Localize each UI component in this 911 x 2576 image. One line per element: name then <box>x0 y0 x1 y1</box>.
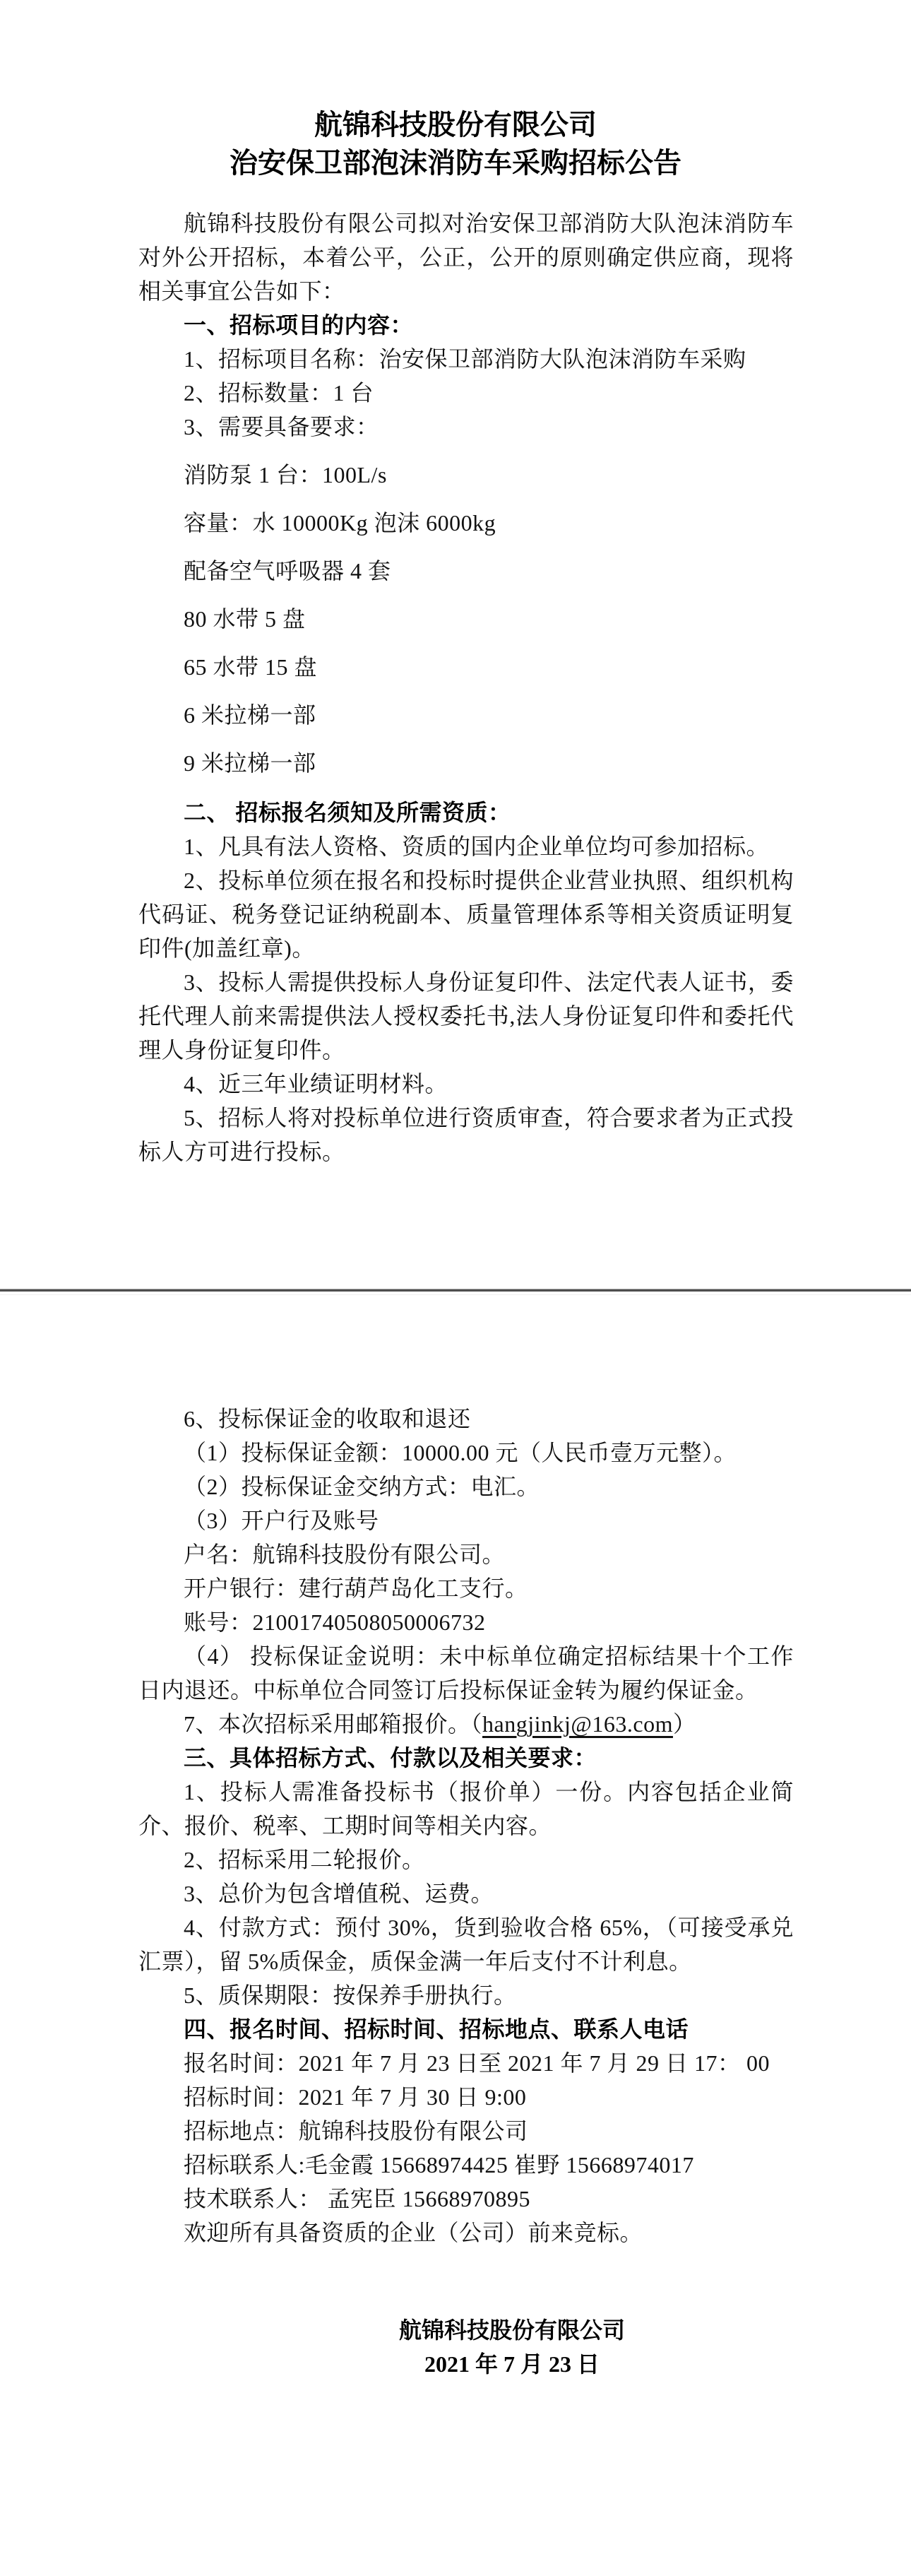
closing-line: 欢迎所有具备资质的企业（公司）前来竞标。 <box>138 2216 794 2250</box>
account-bank: 开户银行：建行葫芦岛化工支行。 <box>138 1571 794 1605</box>
section3-item-4: 4、付款方式：预付 30%，货到验收合格 65%，（可接受承兑汇票），留 5%质… <box>138 1910 794 1978</box>
section1-item-3: 3、需要具备要求： <box>138 410 794 444</box>
page2-content: 6、投标保证金的收取和退还 （1）投标保证金额：10000.00 元（人民币壹万… <box>0 1402 911 2381</box>
signature-block: 航锦科技股份有限公司 2021 年 7 月 23 日 <box>138 2313 794 2381</box>
page1-content: 航锦科技股份有限公司拟对治安保卫部消防大队泡沫消防车对外公开招标，本着公平，公正… <box>0 206 911 1169</box>
deposit-payment-method: （2）投标保证金交纳方式：电汇。 <box>138 1470 794 1503</box>
section2-heading: 二、 招标报名须知及所需资质： <box>138 796 794 829</box>
section2-item-3: 3、投标人需提供投标人身份证复印件、法定代表人证书，委托代理人前来需提供法人授权… <box>138 965 794 1067</box>
spec-breathing-apparatus: 配备空气呼吸器 4 套 <box>138 554 794 588</box>
spec-hose-65: 65 水带 15 盘 <box>138 650 794 684</box>
page-1: 航锦科技股份有限公司 治安保卫部泡沫消防车采购招标公告 航锦科技股份有限公司拟对… <box>0 0 911 1289</box>
deposit-bank-account-heading: （3）开户行及账号 <box>138 1503 794 1537</box>
bidding-location: 招标地点：航锦科技股份有限公司 <box>138 2114 794 2148</box>
account-number: 账号：21001740508050006732 <box>138 1605 794 1639</box>
technical-contact: 技术联系人： 孟宪臣 15668970895 <box>138 2182 794 2216</box>
section3-item-3: 3、总价为包含增值税、运费。 <box>138 1877 794 1910</box>
section3-item-2: 2、招标采用二轮报价。 <box>138 1843 794 1877</box>
registration-time: 报名时间：2021 年 7 月 23 日至 2021 年 7 月 29 日 17… <box>138 2046 794 2080</box>
email-line-suffix: ） <box>673 1711 696 1737</box>
deposit-heading: 6、投标保证金的收取和退还 <box>138 1402 794 1436</box>
email-line-prefix: 7、本次招标采用邮箱报价。（ <box>184 1711 482 1737</box>
spec-fire-pump: 消防泵 1 台：100L/s <box>138 458 794 492</box>
document-viewer: { "document": { "title_line1": "航锦科技股份有限… <box>0 0 911 2576</box>
account-holder-name: 户名：航锦科技股份有限公司。 <box>138 1537 794 1571</box>
signature-company: 航锦科技股份有限公司 <box>230 2313 794 2347</box>
deposit-note: （4） 投标保证金说明：未中标单位确定招标结果十个工作日内退还。中标单位合同签订… <box>138 1639 794 1707</box>
spec-hose-80: 80 水带 5 盘 <box>138 602 794 636</box>
email-link[interactable]: hangjinkj@163.com <box>482 1711 673 1737</box>
spec-ladder-6m: 6 米拉梯一部 <box>138 698 794 732</box>
page-2: 6、投标保证金的收取和退还 （1）投标保证金额：10000.00 元（人民币壹万… <box>0 1295 911 2381</box>
section1-heading: 一、招标项目的内容： <box>138 308 794 342</box>
document-title-line1: 航锦科技股份有限公司 <box>0 106 911 144</box>
section3-item-1: 1、投标人需准备投标书（报价单）一份。内容包括企业简介、报价、税率、工期时间等相… <box>138 1775 794 1843</box>
spec-capacity: 容量：水 10000Kg 泡沫 6000kg <box>138 506 794 540</box>
section2-item-1: 1、凡具有法人资格、资质的国内企业单位均可参加招标。 <box>138 829 794 863</box>
section3-item-5: 5、质保期限：按保养手册执行。 <box>138 1978 794 2012</box>
email-quote-line: 7、本次招标采用邮箱报价。（hangjinkj@163.com） <box>138 1707 794 1741</box>
section2-item-4: 4、近三年业绩证明材料。 <box>138 1067 794 1101</box>
document-title: 航锦科技股份有限公司 治安保卫部泡沫消防车采购招标公告 <box>0 106 911 182</box>
section1-item-1: 1、招标项目名称：治安保卫部消防大队泡沫消防车采购 <box>138 342 794 376</box>
section2-item-2: 2、投标单位须在报名和投标时提供企业营业执照、组织机构代码证、税务登记证纳税副本… <box>138 863 794 965</box>
section2-item-5: 5、招标人将对投标单位进行资质审查，符合要求者为正式投标人方可进行投标。 <box>138 1101 794 1169</box>
deposit-amount: （1）投标保证金额：10000.00 元（人民币壹万元整）。 <box>138 1436 794 1470</box>
section3-heading: 三、具体招标方式、付款以及相关要求： <box>138 1741 794 1775</box>
signature-date: 2021 年 7 月 23 日 <box>230 2347 794 2381</box>
page-separator <box>0 1289 911 1292</box>
bidding-time: 招标时间：2021 年 7 月 30 日 9:00 <box>138 2080 794 2114</box>
bidding-contacts: 招标联系人:毛金霞 15668974425 崔野 15668974017 <box>138 2148 794 2182</box>
document-title-line2: 治安保卫部泡沫消防车采购招标公告 <box>0 144 911 182</box>
section1-item-2: 2、招标数量：1 台 <box>138 376 794 410</box>
spec-ladder-9m: 9 米拉梯一部 <box>138 746 794 780</box>
section4-heading: 四、报名时间、招标时间、招标地点、联系人电话 <box>138 2012 794 2046</box>
intro-paragraph: 航锦科技股份有限公司拟对治安保卫部消防大队泡沫消防车对外公开招标，本着公平，公正… <box>138 206 794 308</box>
